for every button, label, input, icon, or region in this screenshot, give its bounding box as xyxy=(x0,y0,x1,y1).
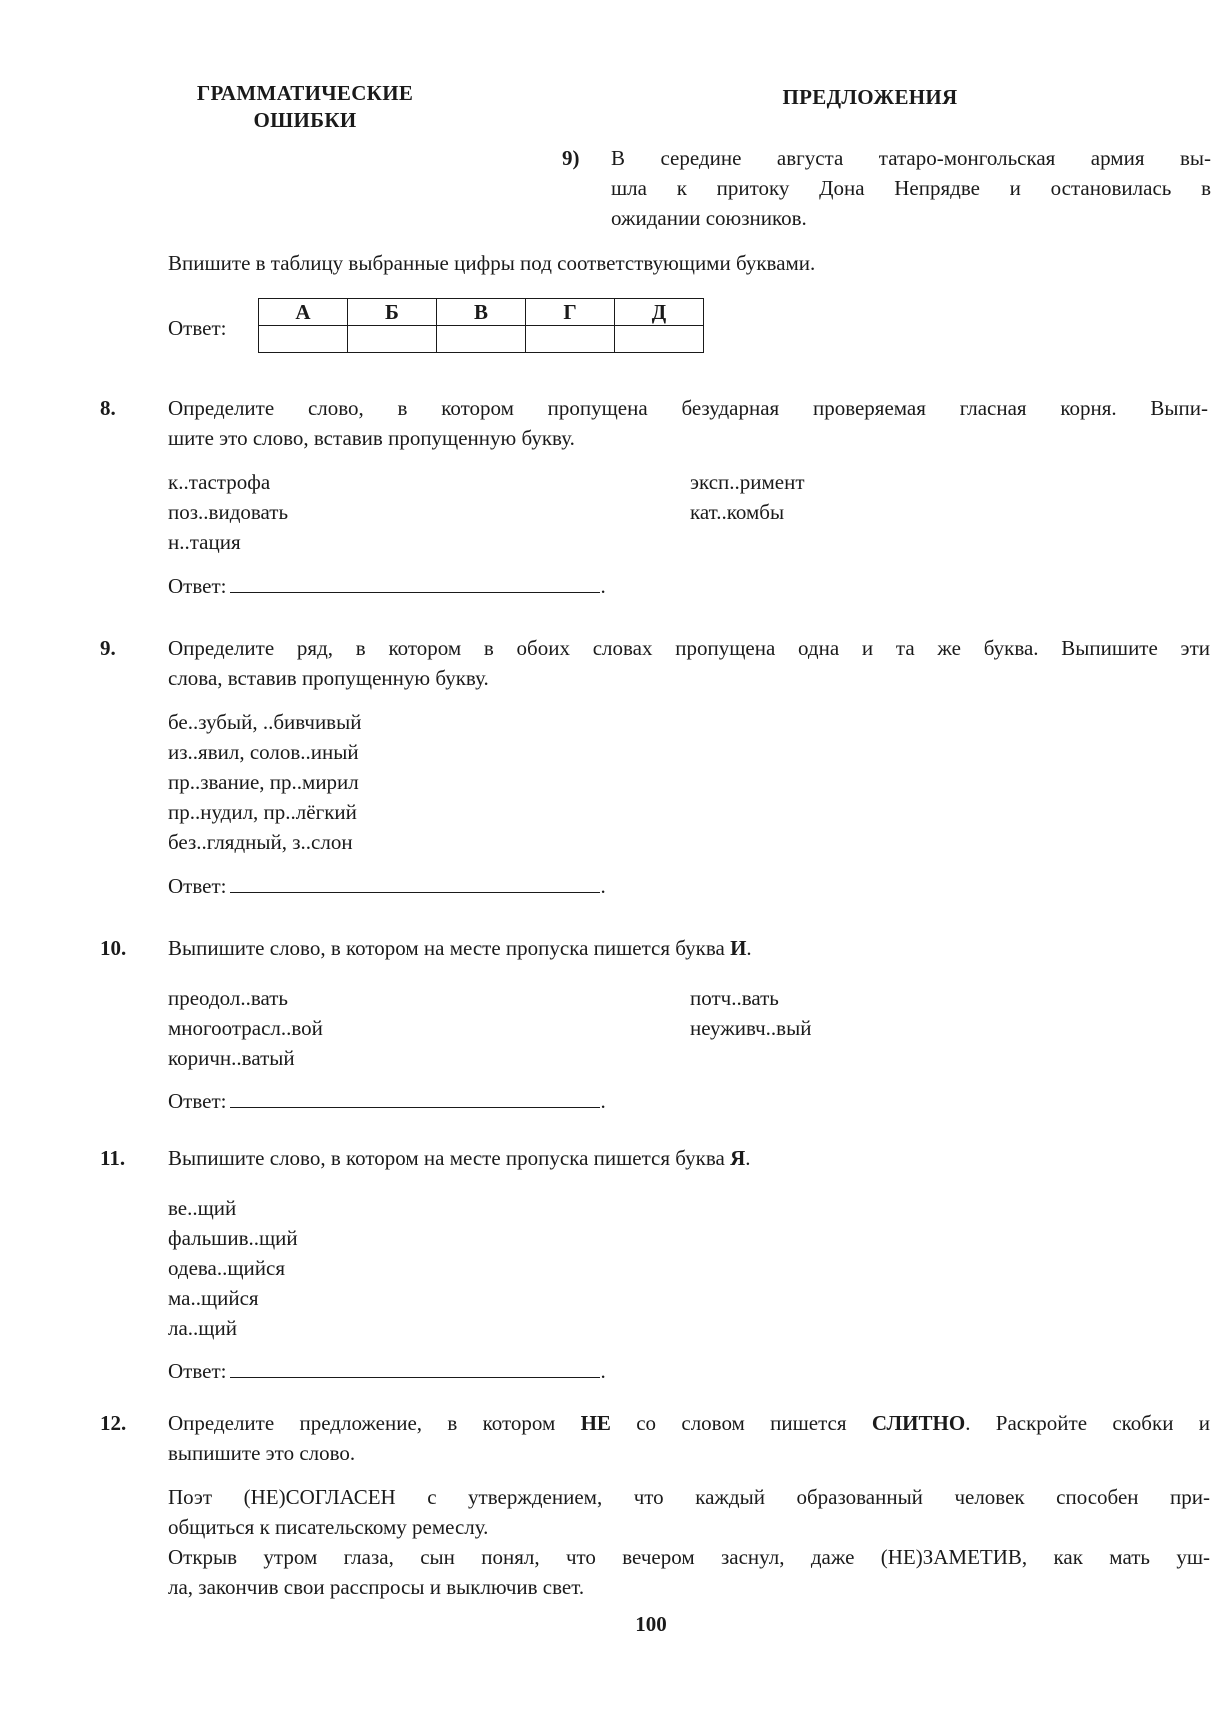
header-line: ОШИБКИ xyxy=(170,107,440,134)
answer-col-header: А xyxy=(259,299,348,326)
task-11-options: ве..щий фальшив..щий одева..щийся ма..щи… xyxy=(168,1193,298,1343)
answer-field[interactable] xyxy=(230,1087,600,1108)
option: пр..звание, пр..мирил xyxy=(168,767,361,797)
text-part: . Раскройте скобки и xyxy=(965,1411,1210,1435)
option: многоотрасл..вой xyxy=(168,1013,323,1043)
option: эксп..римент xyxy=(690,467,805,497)
punct: . xyxy=(745,1146,750,1170)
sentence-number: 9) xyxy=(562,143,580,173)
task-number: 10. xyxy=(100,933,126,963)
answer-cell[interactable] xyxy=(259,326,348,353)
answer-field[interactable] xyxy=(230,872,600,893)
option: одева..щийся xyxy=(168,1253,298,1283)
sentence-line: Поэт (НЕ)СОГЛАСЕН с утверждением, что ка… xyxy=(168,1482,1210,1512)
task-number: 9. xyxy=(100,633,116,663)
task-10-answer: Ответ:. xyxy=(168,1086,606,1116)
task-11-answer: Ответ:. xyxy=(168,1356,606,1386)
option: ма..щийся xyxy=(168,1283,298,1313)
answer-field[interactable] xyxy=(230,572,600,593)
option: фальшив..щий xyxy=(168,1223,298,1253)
answer-label: Ответ: xyxy=(168,1359,226,1383)
option: пр..нудил, пр..лёгкий xyxy=(168,797,361,827)
option: ве..щий xyxy=(168,1193,298,1223)
option: неуживч..вый xyxy=(690,1013,811,1043)
text-part: Определите предложение, в котором xyxy=(168,1411,581,1435)
column-header-grammar-errors: ГРАММАТИЧЕСКИЕ ОШИБКИ xyxy=(170,80,440,134)
task-8-options-right: эксп..римент кат..комбы xyxy=(690,467,805,527)
option: кат..комбы xyxy=(690,497,805,527)
answer-field[interactable] xyxy=(230,1357,600,1378)
punct: . xyxy=(746,936,751,960)
sentence-line: ожидании союзников. xyxy=(611,203,1211,233)
answer-col-header: В xyxy=(437,299,526,326)
task-number: 11. xyxy=(100,1143,125,1173)
answer-cell[interactable] xyxy=(437,326,526,353)
option: поз..видовать xyxy=(168,497,288,527)
answer-label: Ответ: xyxy=(168,1089,226,1113)
answer-label: Ответ: xyxy=(168,316,226,341)
task-10-options-left: преодол..вать многоотрасл..вой коричн..в… xyxy=(168,983,323,1073)
task-9-answer: Ответ:. xyxy=(168,871,606,901)
task-number: 12. xyxy=(100,1408,126,1438)
sentence-line: шла к притоку Дона Непрядве и остановила… xyxy=(611,173,1211,203)
header-line: ГРАММАТИЧЕСКИЕ xyxy=(170,80,440,107)
task-11-text: Выпишите слово, в котором на месте пропу… xyxy=(168,1143,751,1173)
answer-label: Ответ: xyxy=(168,574,226,598)
option: коричн..ватый xyxy=(168,1043,323,1073)
task-line: Выпишите слово, в котором на месте пропу… xyxy=(168,1146,730,1170)
sentence-line: В середине августа татаро-монгольская ар… xyxy=(611,143,1211,173)
task-line: Определите ряд, в котором в обоих словах… xyxy=(168,633,1210,663)
option: потч..вать xyxy=(690,983,811,1013)
task-8-text: Определите слово, в котором пропущена бе… xyxy=(168,393,1208,453)
target-letter: Я xyxy=(730,1146,745,1170)
sentence-line: Открыв утром глаза, сын понял, что вечер… xyxy=(168,1542,1210,1572)
option: преодол..вать xyxy=(168,983,323,1013)
option: ла..щий xyxy=(168,1313,298,1343)
task-line: Выпишите слово, в котором на месте пропу… xyxy=(168,936,730,960)
column-header-sentences: ПРЕДЛОЖЕНИЯ xyxy=(740,84,1000,111)
task-12-sentences: Поэт (НЕ)СОГЛАСЕН с утверждением, что ка… xyxy=(168,1482,1210,1602)
task-9-options: бе..зубый, ..бивчивый из..явил, солов..и… xyxy=(168,707,361,857)
task-8-answer: Ответ:. xyxy=(168,571,606,601)
option: из..явил, солов..иный xyxy=(168,737,361,767)
answer-col-header: Б xyxy=(348,299,437,326)
task-line: Определите слово, в котором пропущена бе… xyxy=(168,393,1208,423)
task-number: 8. xyxy=(100,393,116,423)
answer-table: А Б В Г Д xyxy=(258,298,704,353)
task-line: слова, вставив пропущенную букву. xyxy=(168,663,1210,693)
text-part: со словом пишется xyxy=(611,1411,872,1435)
task-12-text: Определите предложение, в котором НЕ со … xyxy=(168,1408,1210,1468)
task-9-text: Определите ряд, в котором в обоих словах… xyxy=(168,633,1210,693)
task-line: Определите предложение, в котором НЕ со … xyxy=(168,1408,1210,1438)
option: к..тастрофа xyxy=(168,467,288,497)
answer-cell[interactable] xyxy=(615,326,704,353)
answer-cell[interactable] xyxy=(526,326,615,353)
task-8-options-left: к..тастрофа поз..видовать н..тация xyxy=(168,467,288,557)
option: бе..зубый, ..бивчивый xyxy=(168,707,361,737)
task-line: шите это слово, вставив пропущенную букв… xyxy=(168,423,1208,453)
answer-cell[interactable] xyxy=(348,326,437,353)
answer-col-header: Г xyxy=(526,299,615,326)
sentence-text: В середине августа татаро-монгольская ар… xyxy=(611,143,1211,233)
emphasis: СЛИТНО xyxy=(872,1411,965,1435)
sentence-line: общиться к писательскому ремеслу. xyxy=(168,1512,1210,1542)
option: н..тация xyxy=(168,527,288,557)
task-10-text: Выпишите слово, в котором на месте пропу… xyxy=(168,933,752,963)
sentence-line: ла, закончив свои расспросы и выключив с… xyxy=(168,1572,1210,1602)
answer-col-header: Д xyxy=(615,299,704,326)
answer-label: Ответ: xyxy=(168,874,226,898)
task-10-options-right: потч..вать неуживч..вый xyxy=(690,983,811,1043)
target-letter: И xyxy=(730,936,746,960)
page-number: 100 xyxy=(611,1612,691,1637)
task-line: выпишите это слово. xyxy=(168,1438,1210,1468)
emphasis: НЕ xyxy=(581,1411,611,1435)
table-instruction: Впишите в таблицу выбранные цифры под со… xyxy=(168,248,815,278)
option: без..глядный, з..слон xyxy=(168,827,361,857)
